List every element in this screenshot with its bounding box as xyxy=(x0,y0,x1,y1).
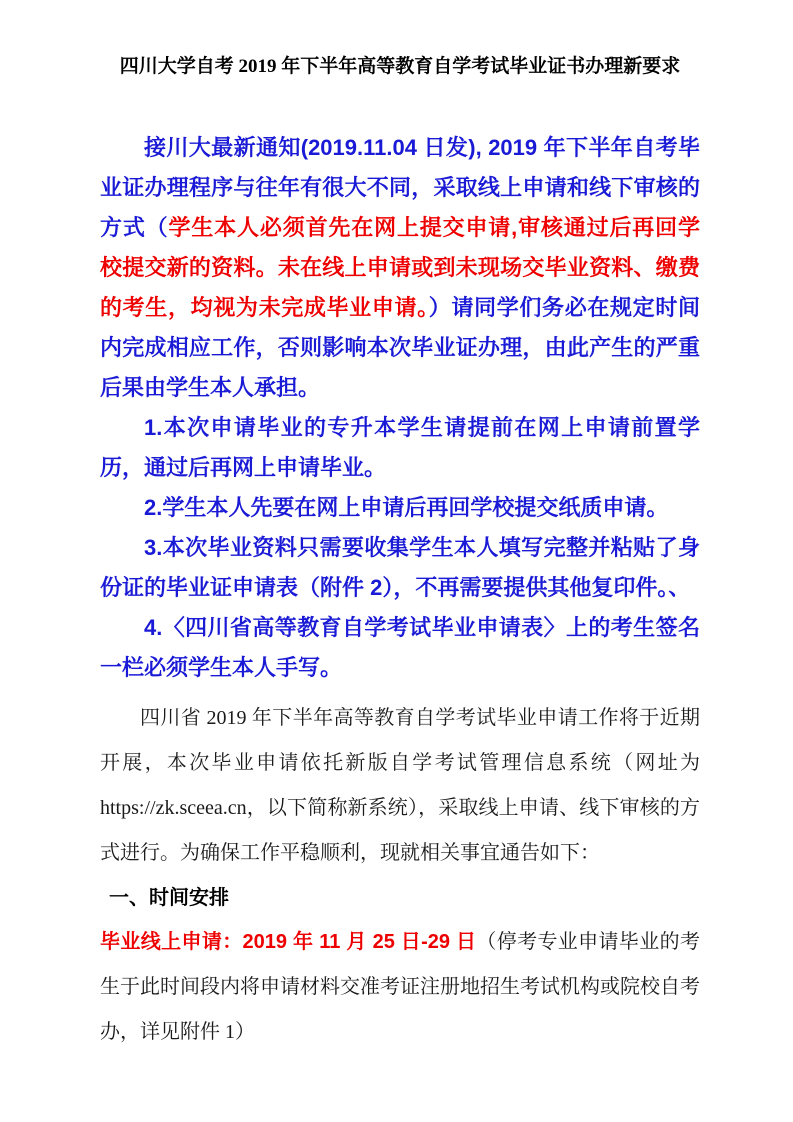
notice-item-4: 4.〈四川省高等教育自学考试毕业申请表〉上的考生签名一栏必须学生本人手写。 xyxy=(100,608,700,688)
document-page: 四川大学自考 2019 年下半年高等教育自学考试毕业证书办理新要求 接川大最新通… xyxy=(0,0,793,1122)
section-heading-time-arrangement: 一、时间安排 xyxy=(100,876,700,920)
body-block: 四川省 2019 年下半年高等教育自学考试毕业申请工作将于近期开展，本次毕业申请… xyxy=(100,696,700,1055)
intro-paragraph: 四川省 2019 年下半年高等教育自学考试毕业申请工作将于近期开展，本次毕业申请… xyxy=(100,696,700,876)
notice-item-1: 1.本次申请毕业的专升本学生请提前在网上申请前置学历，通过后再网上申请毕业。 xyxy=(100,408,700,488)
notice-item-2: 2.学生本人先要在网上申请后再回学校提交纸质申请。 xyxy=(100,488,700,528)
page-title: 四川大学自考 2019 年下半年高等教育自学考试毕业证书办理新要求 xyxy=(100,52,700,82)
schedule-highlight: 毕业线上申请：2019 年 11 月 25 日-29 日 xyxy=(100,931,476,953)
notice-paragraph: 接川大最新通知(2019.11.04 日发), 2019 年下半年自考毕业证办理… xyxy=(100,128,700,408)
notice-block: 接川大最新通知(2019.11.04 日发), 2019 年下半年自考毕业证办理… xyxy=(100,128,700,688)
notice-item-3: 3.本次毕业资料只需要收集学生本人填写完整并粘贴了身份证的毕业证申请表（附件 2… xyxy=(100,528,700,608)
schedule-paragraph: 毕业线上申请：2019 年 11 月 25 日-29 日（停考专业申请毕业的考生… xyxy=(100,920,700,1055)
